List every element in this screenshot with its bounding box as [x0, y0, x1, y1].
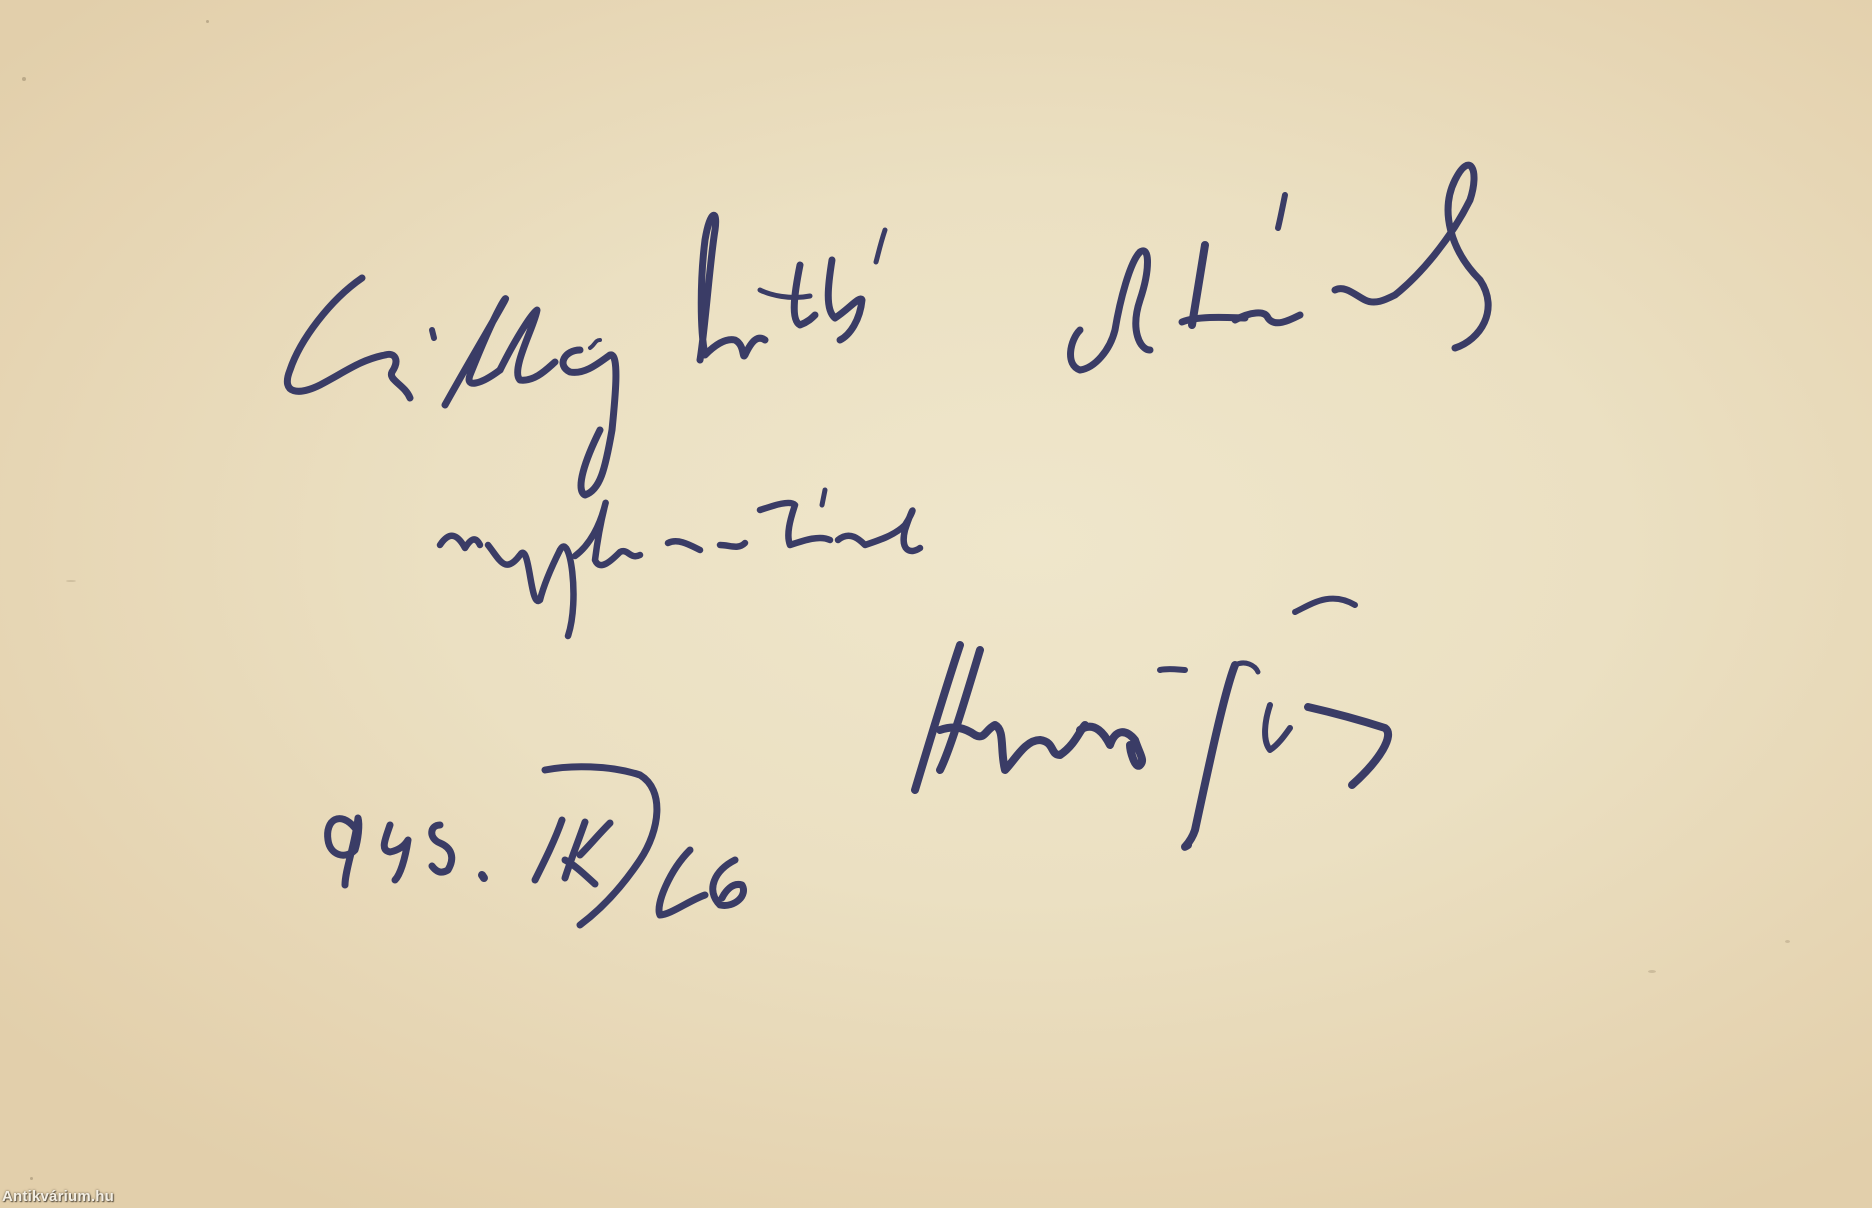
paper-page: Csillag Miklós dr.-nak nagyrabecsüléssel…: [0, 0, 1872, 1208]
watermark: Antikvárium.hu: [2, 1188, 114, 1205]
handwriting-greeting: [440, 490, 920, 636]
handwriting-dedicatee: [287, 165, 1488, 495]
handwriting-signature: [915, 599, 1388, 847]
handwriting-date: [328, 767, 744, 925]
handwriting-ink: [0, 0, 1872, 1208]
